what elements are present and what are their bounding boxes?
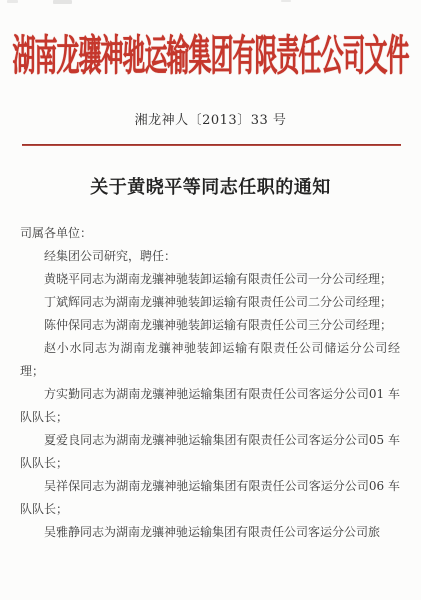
scanned-document-page: 湖南龙骧神驰运输集团有限责任公司文件 湘龙神人〔2013〕33 号 关于黄晓平等… — [0, 0, 421, 600]
scan-smudge — [7, 0, 18, 3]
red-divider-line — [22, 144, 401, 146]
body-paragraph: 丁斌辉同志为湖南龙骧神驰装卸运输有限责任公司二分公司经理； — [20, 291, 400, 314]
body-paragraph: 赵小水同志为湖南龙骧神驰装卸运输有限责任公司储运分公司经理； — [20, 337, 400, 383]
letterhead-org-title: 湖南龙骧神驰运输集团有限责任公司文件 — [0, 22, 421, 82]
body-paragraph: 吴祥保同志为湖南龙骧神驰运输集团有限责任公司客运分公司06 车队队长； — [20, 475, 400, 521]
salutation-line: 司属各单位： — [20, 222, 400, 245]
body-paragraph: 吴雅静同志为湖南龙骧神驰运输集团有限责任公司客运分公司旅 — [20, 521, 400, 544]
body-paragraph: 黄晓平同志为湖南龙骧神驰装卸运输有限责任公司一分公司经理； — [20, 268, 400, 291]
body-paragraph: 夏爱良同志为湖南龙骧神驰运输集团有限责任公司客运分公司05 车队队长； — [20, 429, 400, 475]
body-paragraph: 陈仲保同志为湖南龙骧神驰装卸运输有限责任公司三分公司经理； — [20, 314, 400, 337]
scan-smudge — [281, 0, 291, 2]
document-reference-number: 湘龙神人〔2013〕33 号 — [0, 109, 421, 128]
scan-smudge — [53, 0, 72, 4]
body-paragraph: 经集团公司研究，聘任： — [20, 245, 400, 268]
document-title: 关于黄晓平等同志任职的通知 — [0, 173, 421, 199]
document-body: 司属各单位： 经集团公司研究，聘任： 黄晓平同志为湖南龙骧神驰装卸运输有限责任公… — [20, 222, 400, 544]
body-paragraph: 方实勤同志为湖南龙骧神驰运输集团有限责任公司客运分公司01 车队队长； — [20, 383, 400, 429]
